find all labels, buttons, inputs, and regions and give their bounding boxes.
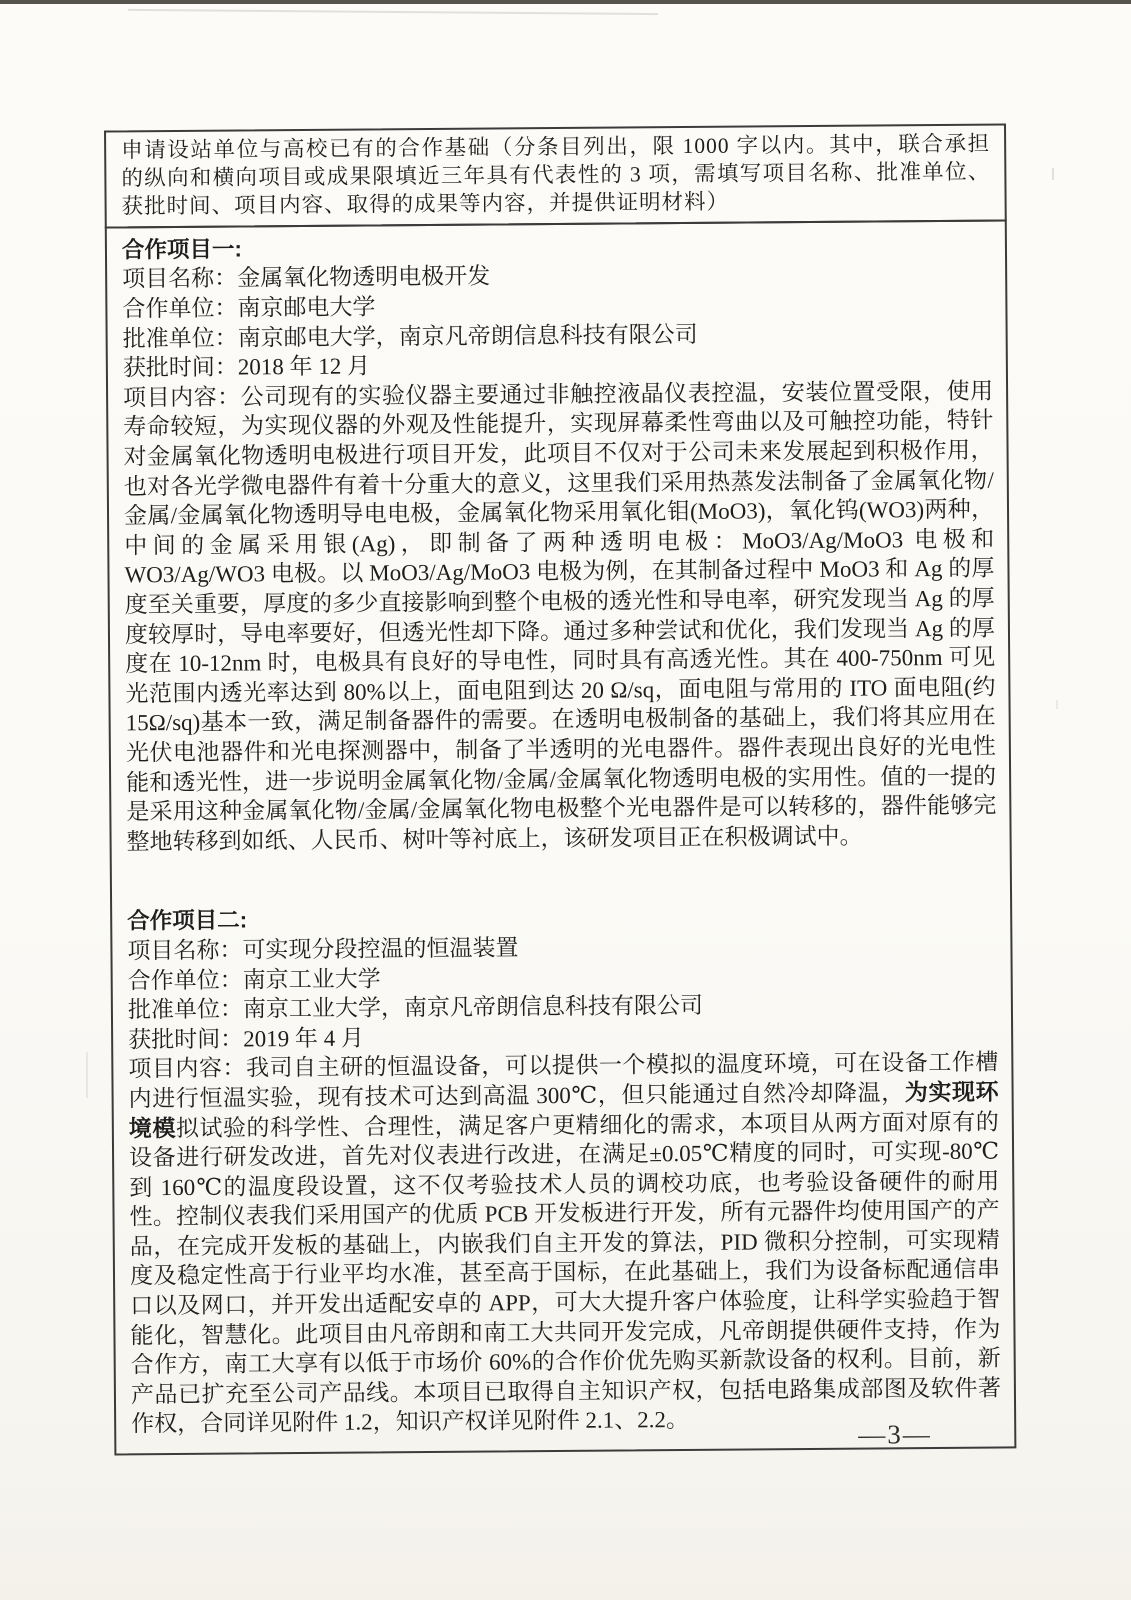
field-value: 南京工业大学，南京凡帝朗信息科技有限公司: [243, 993, 703, 1022]
project-2-content: 项目内容：我司自主研的恒温设备，可以提供一个模拟的温度环境，可在设备工作槽内进行…: [128, 1048, 1001, 1440]
project-1-content: 项目内容：公司现有的实验仪器主要通过非触控液晶仪表控温，安装位置受限，使用寿命较…: [123, 376, 997, 856]
field-label: 批准单位：: [123, 325, 238, 351]
scan-artifact: [1056, 700, 1058, 709]
field-label: 项目名称：: [122, 266, 237, 292]
content-label: 项目内容：: [123, 384, 241, 410]
field-value: 南京邮电大学，南京凡帝朗信息科技有限公司: [238, 322, 698, 351]
field-value: 可实现分段控温的恒温装置: [242, 935, 518, 962]
project-2-section: 合作项目二: 项目名称：可实现分段控温的恒温装置 合作单位：南京工业大学 批准单…: [127, 900, 1001, 1440]
field-value: 2019 年 4 月: [243, 1025, 364, 1051]
content-text: 我司自主研的恒温设备，可以提供一个模拟的温度环境，可在设备工作槽内进行恒温实验，…: [129, 1050, 999, 1111]
form-area: 申请设站单位与高校已有的合作基础（分条目列出，限 1000 字以内。其中，联合承…: [104, 123, 1016, 1455]
content-text: 公司现有的实验仪器主要通过非触控液晶仪表控温，安装位置受限，使用寿命较短，为实现…: [123, 378, 996, 854]
scan-edge-line: [0, 0, 1131, 4]
field-label: 项目名称：: [127, 937, 242, 963]
scanned-document-page: 申请设站单位与高校已有的合作基础（分条目列出，限 1000 字以内。其中，联合承…: [0, 0, 1131, 1600]
section-gap: [127, 850, 997, 907]
field-value: 金属氧化物透明电极开发: [237, 264, 490, 291]
page-number: —3—: [858, 1419, 932, 1451]
scan-artifact: [128, 9, 658, 15]
field-value: 南京邮电大学: [237, 294, 375, 320]
cooperation-projects-box: 合作项目一: 项目名称：金属氧化物透明电极开发 合作单位：南京邮电大学 批准单位…: [105, 219, 1017, 1455]
project-1-section: 合作项目一: 项目名称：金属氧化物透明电极开发 合作单位：南京邮电大学 批准单位…: [122, 228, 997, 856]
field-value: 2018 年 12 月: [238, 354, 370, 380]
scan-artifact: [1052, 168, 1054, 180]
field-label: 批准单位：: [128, 997, 243, 1023]
header-note-text: 申请设站单位与高校已有的合作基础（分条目列出，限 1000 字以内。其中，联合承…: [121, 131, 991, 221]
content-text: 拟试验的科学性、合理性，满足客户更精细化的需求，本项目从两方面对原有的设备进行研…: [129, 1109, 1001, 1437]
field-value: 南京工业大学: [243, 966, 381, 992]
field-label: 合作单位：: [128, 967, 243, 993]
content-label: 项目内容：: [128, 1056, 246, 1082]
field-label: 合作单位：: [122, 296, 237, 322]
header-note-box: 申请设站单位与高校已有的合作基础（分条目列出，限 1000 字以内。其中，联合承…: [104, 123, 1007, 228]
scan-artifact: [86, 1052, 88, 1098]
field-label: 获批时间：: [123, 355, 238, 381]
field-label: 获批时间：: [128, 1026, 243, 1052]
